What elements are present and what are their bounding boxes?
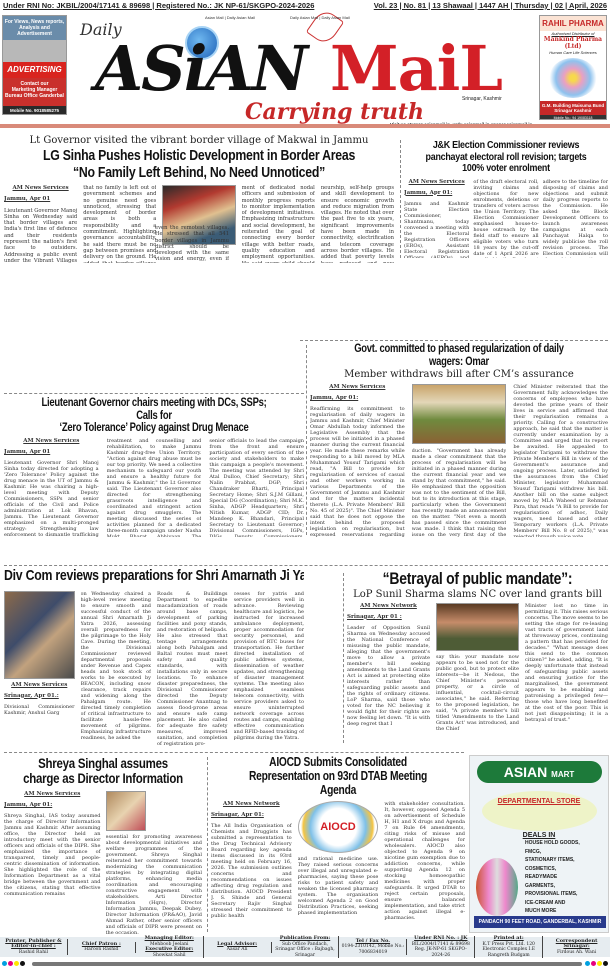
ad-intro: For Views, News reports, Analysis and Ad… xyxy=(3,16,66,40)
lead-kicker: Lt Governor visited the vibrant border v… xyxy=(4,135,394,146)
mart-items-list: HOUSE HOLD GOODS, FMCG, STATIONARY ITEMS… xyxy=(525,839,580,916)
article-text: Chief Minister reiterated that the Gover… xyxy=(513,384,608,537)
regularization-story[interactable]: Govt. committed to phased regularization… xyxy=(310,343,608,537)
registration-bar: Under RNI No: JKBIL/2004/17141 & 89698 |… xyxy=(0,0,610,12)
column-divider xyxy=(306,345,307,535)
aiocd-headline: AIOCD Submits Consolidated Representatio… xyxy=(234,756,442,797)
article-text: Shreya Singhal, IAS today assumed the ch… xyxy=(4,813,101,897)
registration-info: Under RNI No: JKBIL/2004/17141 & 89698 |… xyxy=(3,1,314,11)
footer-rni: Under RNI No. : JKBIL/2004/17141 & 89698… xyxy=(407,936,475,958)
sharma-headline: “Betrayal of public mandate”: xyxy=(370,570,584,589)
mart-dept: DEPARTMENTAL STORE xyxy=(482,798,597,805)
article-text: Leader of Opposition Sunil Sharma on Wed… xyxy=(347,625,430,727)
article-text: on Wednesday chaired a high-level review… xyxy=(81,591,152,747)
ad-name: RAHIL PHARMA xyxy=(540,16,606,31)
print-bar xyxy=(32,962,582,966)
ad-image xyxy=(3,40,66,62)
mart-deals: DEALS IN xyxy=(470,832,608,839)
footer-correspondent: Correspondent Srinagar:Firdous Ah. Wani xyxy=(543,939,610,956)
pills-image xyxy=(549,58,597,98)
column-divider xyxy=(400,140,401,258)
title-mail: MaiL xyxy=(330,32,502,105)
cmyk-marks-left xyxy=(2,961,25,966)
article-text: Reaffirming its commitment to regularisa… xyxy=(310,406,405,537)
article-text: Roads & Buildings Department to expedite… xyxy=(157,591,228,747)
dateline: Jammu, Apr 01 xyxy=(4,196,77,202)
article-text: senior officials to lead the campaign fr… xyxy=(209,438,304,537)
section-divider xyxy=(300,340,608,341)
article-text: Lieutenant Governor Shri Manoj Sinha tod… xyxy=(4,460,99,537)
cmyk-marks-right xyxy=(585,961,608,966)
ad-contact: Contact our Marketing Manager Bureau Off… xyxy=(3,78,66,106)
article-text: treatment and counselling and rehabilita… xyxy=(107,438,202,537)
footer-publication: Publication From:Sub Office Pandach, Sri… xyxy=(272,936,340,958)
article-text: duction. "Government has already made a … xyxy=(412,448,507,537)
election-headline: J&K Election Commissioner reviews pancha… xyxy=(419,140,592,175)
yatra-headline: Div Com reviews preparations for Shri Am… xyxy=(4,568,250,585)
issue-info: Vol. 23 | No. 81 | 13 Shawaal | 1447 AH … xyxy=(374,1,607,11)
title-asian: ASiAN xyxy=(95,32,306,105)
section-divider xyxy=(4,752,464,753)
masthead-rule xyxy=(0,124,610,128)
article-text: Divisional Commissioner Kashmir, Anshul … xyxy=(4,704,75,716)
footer-publisher: Printer, Publisher & Editor-in-chief :Ra… xyxy=(0,939,68,956)
footer-legal: Legal Advisor:Aasar Ali xyxy=(204,942,272,953)
ad-mobile: Mobile No. 9018585275 xyxy=(3,106,66,115)
column-divider xyxy=(343,573,344,743)
article-text: Lieutenant Governor Manoj Sinha on Wedne… xyxy=(4,208,77,263)
lead-headline-2: “No Family Left Behind, No Need Unnotice… xyxy=(39,165,359,182)
drug-headline-2: ‘Zero Tolerance’ Policy against Drug Men… xyxy=(31,422,277,435)
article-text: essential for promoting awareness about … xyxy=(106,834,203,934)
sharma-subhead: LoP Sunil Sharma slams NC over land gran… xyxy=(347,589,608,600)
footer-phone: Tel / Fax No.0194-2310142, Mobile No.: 7… xyxy=(339,939,407,956)
shreya-photo xyxy=(106,791,146,831)
section-divider xyxy=(4,393,304,394)
article-text: Minister lost no time in permitting it. … xyxy=(525,603,608,732)
lead-headline-1: LG Sinha Pushes Holistic Development in … xyxy=(39,148,359,165)
yatra-story[interactable]: Div Com reviews preparations for Shri Am… xyxy=(4,568,304,748)
ad-banner: ADVERTISING xyxy=(3,62,66,78)
imprint-footer: Printer, Publisher & Editor-in-chief :Ra… xyxy=(0,937,610,957)
city-label: Srinagar, Kashmir xyxy=(462,96,502,102)
election-story[interactable]: J&K Election Commissioner reviews pancha… xyxy=(404,140,608,258)
aiocd-story[interactable]: AIOCD Submits Consolidated Representatio… xyxy=(211,756,465,934)
footer-patron: Chief Patron :Haroon Rashid xyxy=(68,942,136,953)
article-text: neurship, self-help groups and skill dev… xyxy=(321,185,394,263)
column-divider xyxy=(207,757,208,932)
article-text: and rational medicine use. They raised s… xyxy=(298,856,379,916)
article-text: that no family is left out of government… xyxy=(83,185,156,263)
article-text: cesses for yatris and service providers … xyxy=(234,591,305,747)
article-text: The All India Organisation of Chemists a… xyxy=(211,823,292,919)
mart-logo: ASIAN MART xyxy=(477,761,602,783)
article-text: ment of dedicated nodal officers and sub… xyxy=(242,185,315,263)
store-aisle-image xyxy=(476,858,518,916)
drug-menace-story[interactable]: Lieutenant Governor chairs meeting with … xyxy=(4,397,304,537)
masthead: For Views, News reports, Analysis and Ad… xyxy=(0,12,610,122)
section-divider xyxy=(4,565,608,566)
drug-headline-1: Lieutenant Governor chairs meeting with … xyxy=(31,397,277,422)
article-text: Jammu and Kashmir State Election Commiss… xyxy=(404,201,469,258)
omar-subhead: Member withdraws bill after CM’s assuran… xyxy=(310,369,608,380)
director-info-story[interactable]: Shreya Singhal assumes charge as Directo… xyxy=(4,756,202,934)
asian-mart-ad[interactable]: ASIAN MART DEPARTMENTAL STORE DEALS IN H… xyxy=(469,755,609,933)
social-links-right[interactable]: Daily Asian Mail | Daily Asian Mail xyxy=(290,15,350,20)
article-text: with stakeholder consultation. It, howev… xyxy=(384,801,465,921)
shreya-headline: Shreya Singhal assumes charge as Directo… xyxy=(22,756,184,787)
aiocd-logo: AIOCD xyxy=(298,801,379,853)
land-grants-story[interactable]: “Betrayal of public mandate”: LoP Sunil … xyxy=(347,570,608,745)
byline: AM News Services xyxy=(4,185,77,191)
advertising-ad[interactable]: For Views, News reports, Analysis and Ad… xyxy=(2,15,67,115)
social-links-left[interactable]: Asian Mail | Daily Asian Mail xyxy=(205,15,255,20)
article-text: adhere to the timeline for disposing of … xyxy=(543,179,608,258)
mart-address: PANDACH 90 FEET ROAD, GANDERBAL, KASHMIR xyxy=(474,916,606,928)
footer-printed: Printed at:K.T Press Pvt. Ltd. 120 Elect… xyxy=(475,936,543,958)
omar-headline: Govt. committed to phased regularization… xyxy=(337,343,581,368)
footer-editors: Managing Editor:Mehboob JeelaniExecutive… xyxy=(136,936,204,958)
meeting-photo xyxy=(4,591,75,679)
sunil-sharma-photo xyxy=(436,603,519,651)
assembly-photo xyxy=(412,384,507,444)
article-text: say this: your mandate now appears to be… xyxy=(436,654,519,732)
rahil-pharma-ad[interactable]: RAHIL PHARMA Authorised Distributor of M… xyxy=(539,15,607,120)
article-text: of the draft electoral roll, inviting cl… xyxy=(473,179,538,258)
article-text: even the remotest villages. He stressed … xyxy=(155,225,229,263)
